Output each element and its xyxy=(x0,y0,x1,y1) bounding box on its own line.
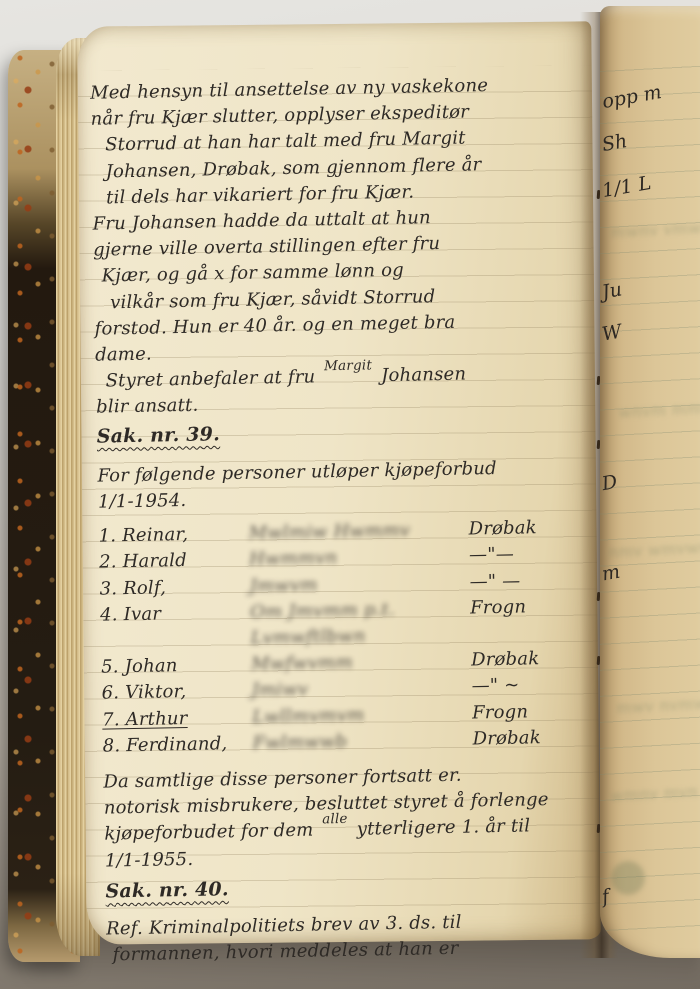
person-name: 6. Viktor, xyxy=(101,678,251,707)
person-residence: Drøbak xyxy=(468,515,580,543)
line-part: Styret anbefaler at fru xyxy=(105,367,315,392)
person-residence: Frogn xyxy=(470,593,583,648)
person-name: 3. Rolf, xyxy=(99,573,249,602)
paragraph-sak40: Ref. Kriminalpolitiets brev av 3. ds. ti… xyxy=(106,907,589,969)
person-row: 4. Ivar Om Jmvmm p.t. Lvmwftlbwn Frogn xyxy=(100,593,583,655)
blurred-surname: Fwlmwwb xyxy=(252,726,472,756)
person-name: 1. Reinar, xyxy=(98,521,248,550)
blurred-surname: Om Jmvmm p.t. Lvmwftlbwn xyxy=(250,595,471,652)
person-name: 7. Arthur xyxy=(102,704,252,733)
person-residence: Frogn xyxy=(472,698,584,726)
photo-of-open-minutes-book: Med hensyn til ansettelse av ny vaskekon… xyxy=(0,0,700,989)
person-list: 1. Reinar, Mwlmiw Hwmmv Drøbak 2. Harald… xyxy=(98,515,584,760)
person-residence: —" ~ xyxy=(471,672,583,700)
heading-sak-40: Sak. nr. 40. xyxy=(105,876,229,905)
left-page: Med hensyn til ansettelse av ny vaskekon… xyxy=(77,21,601,944)
person-name: 8. Ferdinand, xyxy=(102,731,252,760)
faint-stamp-smudge xyxy=(610,858,646,898)
person-residence: —"— xyxy=(469,541,581,569)
handwritten-content: Med hensyn til ansettelse av ny vaskekon… xyxy=(90,71,589,969)
heading-sak-39: Sak. nr. 39. xyxy=(96,421,220,450)
handwriting-fragment: Sh xyxy=(600,130,629,156)
person-residence: —" — xyxy=(469,567,581,595)
inserted-word-above-line: Margit xyxy=(324,366,372,367)
right-page-edge: opp m Sh 1/1 L Ju W D m f mwnv vmwm wnvm… xyxy=(600,6,700,958)
person-name: 5. Johan xyxy=(101,652,251,681)
line-part: ytterligere 1. år til xyxy=(357,816,531,840)
person-residence: Drøbak xyxy=(471,646,583,674)
handwriting-fragment: Ju xyxy=(600,278,623,303)
person-residence: Drøbak xyxy=(472,724,584,752)
paragraph-sak39-intro: For følgende personer utløper kjøpeforbu… xyxy=(97,454,580,516)
person-name: 4. Ivar xyxy=(100,600,251,655)
handwriting-fragment: W xyxy=(600,320,623,345)
handwriting-fragment: m xyxy=(600,561,622,586)
person-name: 2. Harald xyxy=(99,547,249,576)
paragraph-sak39-closing: Da samtlige disse personer fortsatt er. … xyxy=(103,760,587,874)
paragraph-vaskekone: Med hensyn til ansettelse av ny vaskekon… xyxy=(90,71,578,421)
line-part: Johansen xyxy=(381,364,466,387)
line-part: kjøpeforbudet for dem xyxy=(104,820,313,845)
